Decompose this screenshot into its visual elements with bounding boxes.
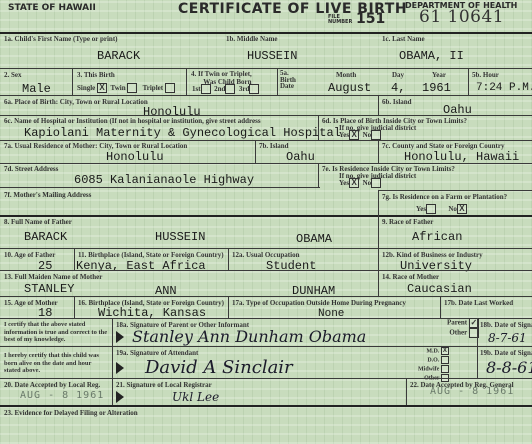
informant-certification: I certify that the above stated informat… bbox=[4, 321, 108, 344]
no-label: No bbox=[363, 179, 372, 187]
general-date-stamp: AUG - 8 1961 bbox=[430, 386, 514, 397]
single-checkbox[interactable]: X bbox=[97, 83, 107, 93]
informant-date-label: 18b. Date of Signature bbox=[480, 321, 532, 329]
father-race-label: 9. Race of Father bbox=[382, 218, 433, 226]
first-name-label: 1a. Child's First Name (Type or print) bbox=[4, 35, 118, 43]
mailing-address-label: 7f. Mother's Mailing Address bbox=[4, 191, 91, 199]
yes-label: Yes bbox=[339, 131, 349, 139]
no-checkbox[interactable] bbox=[371, 178, 381, 188]
last-name-label: 1c. Last Name bbox=[382, 35, 425, 43]
third-checkbox[interactable] bbox=[249, 84, 259, 94]
informant-signature: Stanley Ann Dunham Obama bbox=[132, 327, 366, 346]
residence-city: Honolulu bbox=[106, 150, 164, 164]
divider bbox=[0, 346, 112, 347]
arrow-icon bbox=[116, 331, 124, 343]
father-middle-name: HUSSEIN bbox=[155, 230, 205, 244]
father-name-label: 8. Full Name of Father bbox=[4, 218, 72, 226]
divider bbox=[406, 378, 407, 405]
inside-city-options: YesX No bbox=[339, 130, 381, 140]
divider bbox=[0, 296, 532, 297]
first-label: 1st bbox=[192, 85, 201, 93]
second-checkbox[interactable] bbox=[225, 84, 235, 94]
child-middle-name: HUSSEIN bbox=[247, 49, 297, 63]
birth-hour: 7:24 P.M. bbox=[476, 81, 532, 95]
birth-day: 4, bbox=[391, 81, 405, 95]
no-label: No bbox=[448, 205, 457, 213]
twin-label: Twin bbox=[111, 84, 126, 92]
residence-city-label: 7a. Usual Residence of Mother: City, Tow… bbox=[4, 142, 187, 150]
evidence-label: 23. Evidence for Delayed Filing or Alter… bbox=[4, 409, 138, 417]
md-label: M.D. bbox=[426, 348, 439, 354]
street-address-label: 7d. Street Address bbox=[4, 165, 58, 173]
number-label: NUMBER bbox=[328, 20, 352, 25]
birth-island-label: 6b. Island bbox=[382, 98, 412, 106]
no-checkbox[interactable] bbox=[371, 130, 381, 140]
birth-date-label: 5a. Birth Date bbox=[280, 70, 296, 90]
yes-checkbox[interactable] bbox=[426, 204, 436, 214]
child-last-name: OBAMA, II bbox=[399, 49, 464, 63]
birth-city-label: 6a. Place of Birth: City, Town or Rural … bbox=[4, 98, 148, 106]
divider bbox=[318, 163, 319, 187]
attendant-signature-label: 19a. Signature of Attendant bbox=[116, 349, 198, 357]
triplet-checkbox[interactable] bbox=[165, 83, 175, 93]
divider bbox=[277, 68, 278, 95]
yes-checkbox[interactable]: X bbox=[349, 130, 359, 140]
second-label: 2nd bbox=[214, 85, 225, 93]
father-occupation-label: 12a. Usual Occupation bbox=[232, 251, 299, 259]
divider bbox=[72, 68, 73, 95]
divider bbox=[0, 378, 532, 379]
twin-order-options: 1st 2nd 3rd bbox=[192, 84, 259, 94]
other-label: Other bbox=[449, 329, 467, 337]
divider bbox=[0, 248, 532, 249]
divider bbox=[112, 378, 113, 405]
birth-certificate: STATE OF HAWAII CERTIFICATE OF LIVE BIRT… bbox=[0, 0, 532, 444]
birth-month: August bbox=[328, 81, 371, 95]
divider bbox=[378, 140, 379, 163]
divider bbox=[477, 318, 478, 378]
file-number: 151 bbox=[356, 11, 385, 27]
father-last-name: OBAMA bbox=[296, 232, 332, 246]
residence-county: Honolulu, Hawaii bbox=[404, 150, 519, 164]
father-age-label: 10. Age of Father bbox=[4, 251, 55, 259]
single-label: Single bbox=[77, 84, 95, 92]
mother-name-label: 13. Full Maiden Name of Mother bbox=[4, 273, 102, 281]
divider bbox=[112, 318, 113, 378]
residence-island-label: 7b. Island bbox=[259, 142, 289, 150]
do-label: D.O. bbox=[427, 357, 439, 363]
do-checkbox[interactable] bbox=[441, 356, 449, 364]
divider bbox=[440, 296, 441, 318]
divider bbox=[0, 32, 532, 34]
divider bbox=[255, 140, 256, 163]
state-name: STATE OF HAWAII bbox=[8, 3, 96, 13]
birth-date-label-date: Date bbox=[280, 83, 296, 90]
divider bbox=[0, 405, 532, 407]
divider bbox=[378, 215, 379, 248]
month-label: Month bbox=[336, 71, 356, 79]
divider bbox=[0, 95, 532, 96]
divider bbox=[0, 68, 532, 69]
divider bbox=[228, 296, 229, 318]
father-first-name: BARACK bbox=[24, 230, 67, 244]
divider bbox=[0, 163, 532, 164]
file-number-label: FILE NUMBER bbox=[328, 15, 352, 25]
hospital-label: 6c. Name of Hospital or Institution (If … bbox=[4, 117, 261, 125]
midwife-checkbox[interactable] bbox=[441, 365, 449, 373]
residence-island: Oahu bbox=[286, 150, 315, 164]
child-first-name: BARACK bbox=[97, 49, 140, 63]
divider bbox=[0, 215, 532, 217]
divider bbox=[378, 248, 379, 296]
farm-label: 7g. Is Residence on a Farm or Plantation… bbox=[382, 193, 507, 201]
divider bbox=[0, 270, 532, 271]
twin-checkbox[interactable] bbox=[127, 83, 137, 93]
attendant-date: 8-8-61 bbox=[486, 358, 532, 377]
divider bbox=[0, 187, 320, 188]
divider bbox=[74, 248, 75, 270]
yes-checkbox[interactable]: X bbox=[349, 178, 359, 188]
informant-type-options: Parent ✓ Other bbox=[447, 318, 479, 338]
divider bbox=[468, 68, 469, 95]
middle-name-label: 1b. Middle Name bbox=[226, 35, 278, 43]
county-label: 7c. County and State or Foreign Country bbox=[382, 142, 504, 150]
child-sex: Male bbox=[22, 82, 51, 96]
parent-label: Parent bbox=[447, 319, 467, 327]
local-registrar-signature: Ukl Lee bbox=[172, 390, 219, 404]
hour-label: 5b. Hour bbox=[472, 71, 499, 79]
triplet-label: Triplet bbox=[143, 84, 163, 92]
attendant-date-label: 19b. Date of Signature bbox=[480, 349, 532, 357]
sex-label: 2. Sex bbox=[4, 71, 22, 79]
mother-first-name: STANLEY bbox=[24, 282, 74, 296]
last-worked-label: 17b. Date Last Worked bbox=[444, 299, 513, 307]
street-address: 6085 Kalanianaole Highway bbox=[74, 173, 254, 187]
local-date-stamp: AUG - 8 1961 bbox=[20, 390, 104, 401]
certificate-number: 61 10641 bbox=[419, 7, 504, 27]
yes-label: Yes bbox=[416, 205, 426, 213]
farm-options: Yes NoX bbox=[416, 204, 467, 214]
divider bbox=[112, 346, 532, 347]
residence-inside-city-options: YesX No bbox=[339, 178, 381, 188]
father-industry-label: 12b. Kind of Business or Industry bbox=[382, 251, 483, 259]
hospital-name: Kapiolani Maternity & Gynecological Hosp… bbox=[24, 126, 341, 140]
year-label: Year bbox=[432, 71, 446, 79]
divider bbox=[378, 95, 379, 115]
no-checkbox[interactable]: X bbox=[457, 204, 467, 214]
divider bbox=[318, 115, 319, 140]
birth-year: 1961 bbox=[422, 81, 451, 95]
no-label: No bbox=[363, 131, 372, 139]
father-birthplace-label: 11. Birthplace (Island, State or Foreign… bbox=[78, 251, 224, 259]
attendant-certification: I hereby certify that this child was bor… bbox=[4, 352, 108, 375]
day-label: Day bbox=[392, 71, 404, 79]
father-race: African bbox=[412, 230, 462, 244]
midwife-label: Midwife bbox=[418, 366, 439, 372]
first-checkbox[interactable] bbox=[201, 84, 211, 94]
informant-date: 8-7-61 bbox=[488, 331, 527, 345]
twin-order-label-line1: 4. If Twin or Triplet, bbox=[191, 70, 252, 78]
divider bbox=[0, 115, 532, 116]
arrow-icon bbox=[116, 391, 124, 403]
attendant-signature: David A Sinclair bbox=[145, 357, 293, 378]
divider bbox=[378, 190, 532, 191]
local-date-label: 20. Date Accepted by Local Reg. bbox=[4, 381, 100, 389]
third-label: 3rd bbox=[239, 85, 250, 93]
mother-occupation-label: 17a. Type of Occupation Outside Home Dur… bbox=[232, 299, 406, 307]
mother-race-label: 14. Race of Mother bbox=[382, 273, 439, 281]
arrow-icon bbox=[116, 362, 124, 374]
divider bbox=[0, 140, 532, 141]
mother-race: Caucasian bbox=[407, 282, 472, 296]
yes-label: Yes bbox=[339, 179, 349, 187]
this-birth-options: Single X Twin Triplet bbox=[77, 83, 175, 93]
local-registrar-signature-label: 21. Signature of Local Registrar bbox=[116, 381, 212, 389]
divider bbox=[74, 296, 75, 318]
md-checkbox[interactable]: X bbox=[441, 347, 449, 355]
this-birth-label: 3. This Birth bbox=[77, 71, 115, 79]
divider bbox=[186, 68, 187, 95]
divider bbox=[228, 248, 229, 270]
divider bbox=[378, 190, 379, 215]
